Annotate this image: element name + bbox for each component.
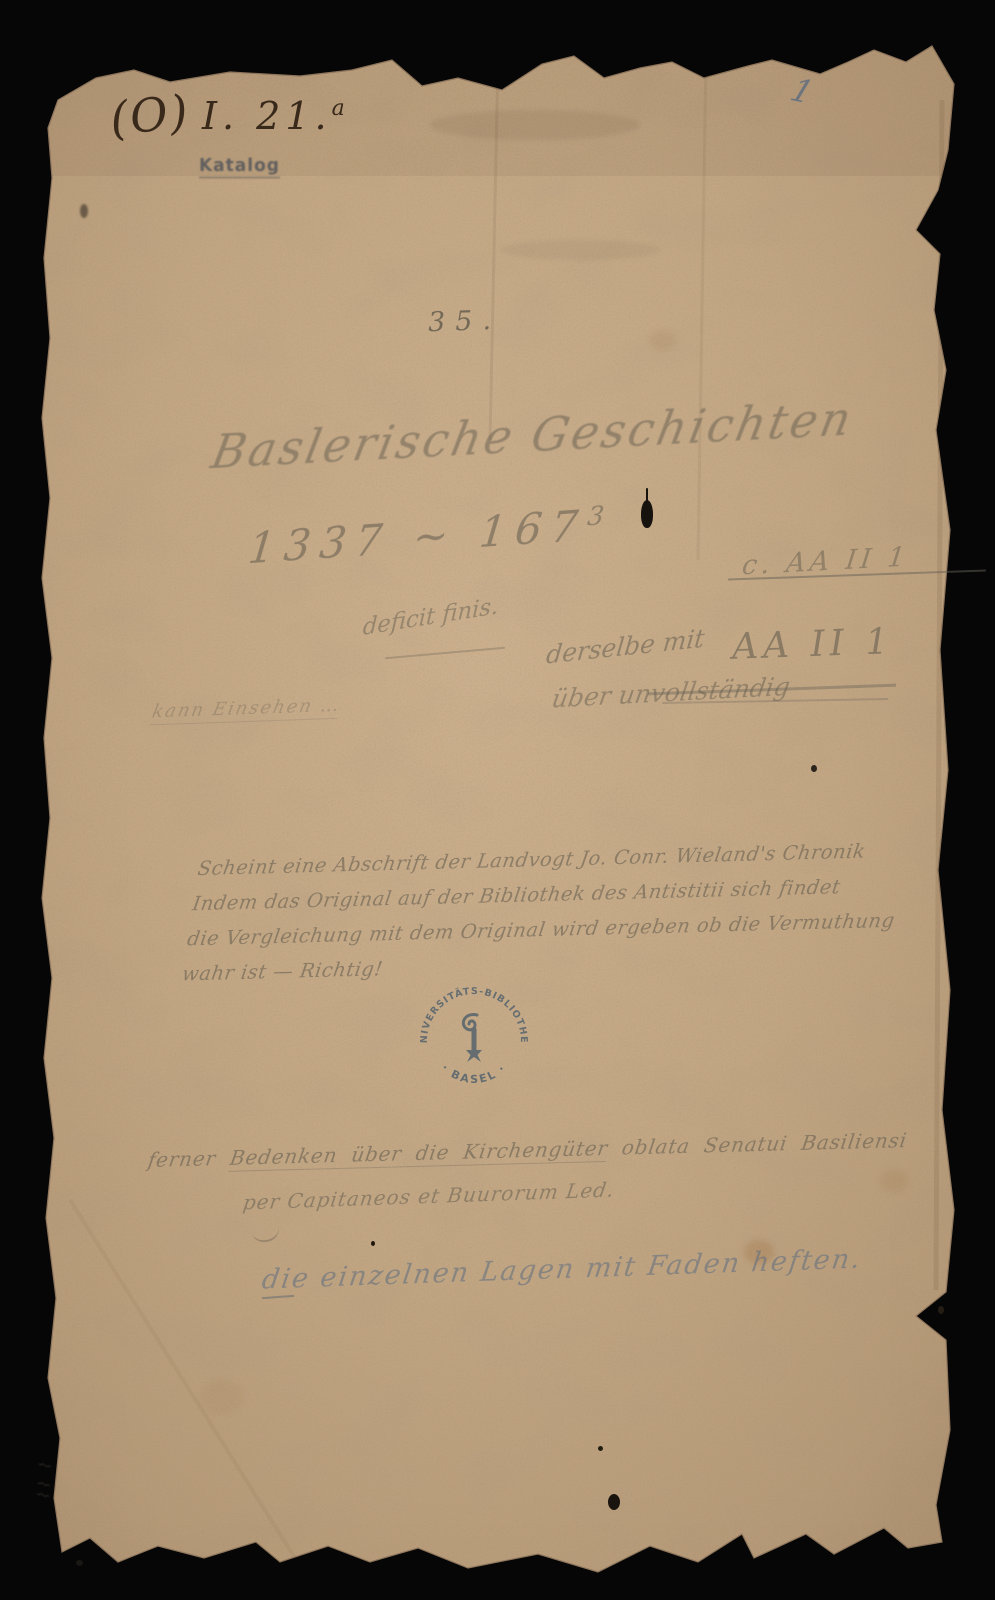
shelfmark-main: I. 21.: [202, 94, 332, 138]
same-as-shelfmark: AA II 1: [731, 621, 894, 668]
item-number: 35.: [427, 305, 501, 339]
ink-speck: [80, 204, 88, 218]
shelfmark-circle: (O): [107, 84, 192, 146]
baselstab-icon: [463, 1015, 482, 1062]
ink-speck: [598, 1446, 603, 1451]
date-range-superscript: 3: [586, 500, 615, 532]
svg-text:UNIVERSITÄTS-BIBLIOTHEK: UNIVERSITÄTS-BIBLIOTHEK: [412, 980, 529, 1044]
manuscript-scan: (O) I. 21.a Katalog 1 35. Baslerische Ge…: [0, 0, 995, 1600]
katalog-stamp: Katalog: [199, 155, 280, 178]
svg-text:· BASEL ·: · BASEL ·: [439, 1061, 509, 1086]
library-stamp: UNIVERSITÄTS-BIBLIOTHEK · BASEL ·: [412, 980, 536, 1106]
erased-writing-smudge: [500, 240, 660, 260]
foxing-spot: [880, 1170, 908, 1192]
shelfmark: I. 21.a: [202, 94, 350, 138]
ink-speck: [608, 1494, 620, 1510]
stamp-text-top: UNIVERSITÄTS-BIBLIOTHEK: [412, 980, 529, 1044]
paper-sheet: [0, 0, 995, 1600]
stamp-text-bottom: · BASEL ·: [439, 1061, 509, 1086]
ink-speck: [371, 1241, 375, 1246]
ink-speck: [76, 1560, 83, 1566]
ink-speck: [811, 765, 817, 772]
foxing-spot: [200, 1380, 244, 1414]
ink-blot: [641, 500, 653, 528]
ferner-prefix: ferner: [146, 1146, 217, 1172]
description-paragraph: Scheint eine Abschrift der Landvogt Jo. …: [180, 832, 908, 991]
shelfmark-superscript: a: [332, 96, 350, 121]
ink-blot-tail: [646, 488, 648, 502]
ink-speck: [938, 1306, 944, 1314]
foxing-spot: [650, 330, 676, 350]
erased-writing-smudge: [430, 110, 640, 140]
margin-scribble: ⌇⌇ ⌇: [34, 1460, 55, 1501]
